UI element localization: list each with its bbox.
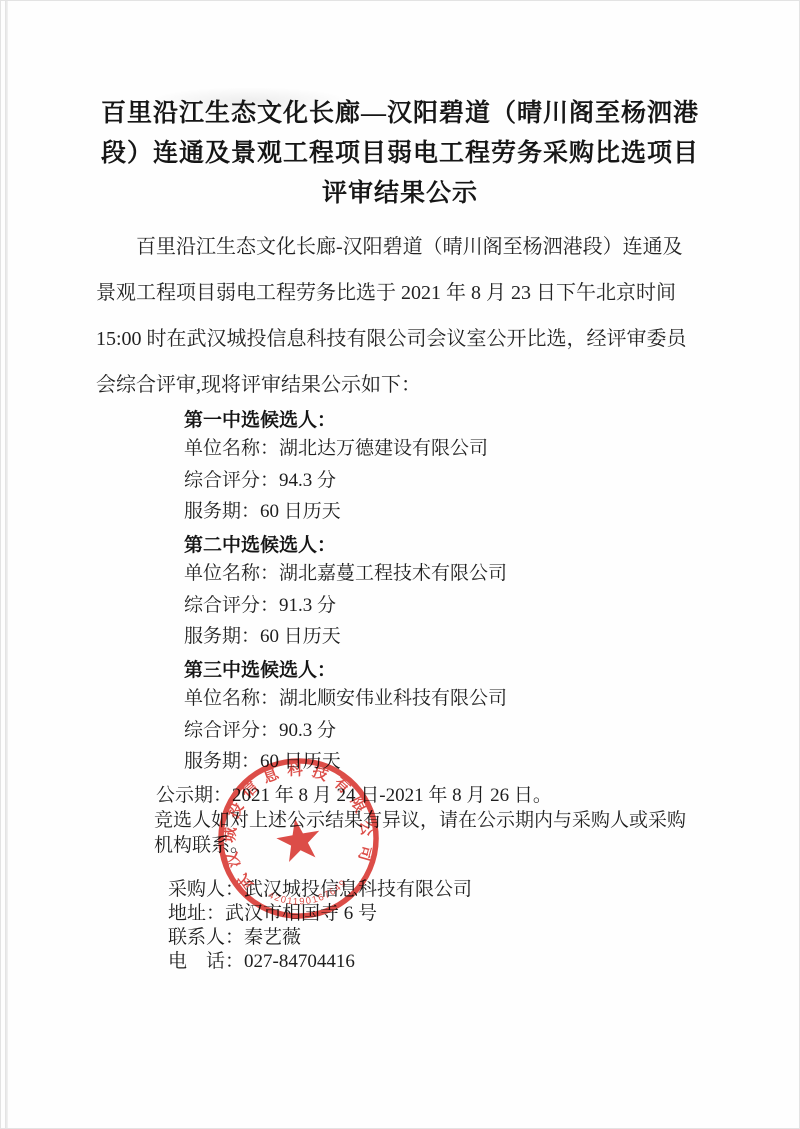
address-value: 武汉市相国寺 6 号: [225, 903, 377, 924]
objection-notice-line: 竞选人如对上述公示结果有异议，请在公示期内与采购人或采购机构联系。: [154, 808, 704, 858]
candidate-unit-row: 单位名称：湖北嘉蔓工程技术有限公司: [184, 561, 704, 587]
candidate-rank-heading: 第一中选候选人：: [184, 408, 704, 434]
service-value: 60 日历天: [260, 751, 341, 772]
publicity-period-line: 公示期：2021 年 8 月 24 日-2021 年 8 月 26 日。: [156, 783, 704, 808]
phone-number: 027-84704416: [244, 951, 355, 972]
intro-paragraph: 百里沿江生态文化长廊-汉阳碧道（晴川阁至杨泗港段）连通及 景观工程项目弱电工程劳…: [96, 224, 704, 408]
unit-label: 单位名称：: [184, 438, 279, 459]
candidate-unit-row: 单位名称：湖北达万德建设有限公司: [184, 436, 704, 462]
address-line: 地址：武汉市相国寺 6 号: [168, 902, 704, 926]
candidate-rank-heading: 第二中选候选人：: [184, 533, 704, 559]
purchaser-line: 采购人：武汉城投信息科技有限公司: [168, 878, 704, 902]
address-label: 地址：: [168, 903, 225, 924]
intro-line-4: 会综合评审,现将评审结果公示如下：: [96, 362, 704, 408]
candidate-service-row: 服务期：60 日历天: [184, 749, 704, 775]
contact-person-line: 联系人：秦艺薇: [168, 926, 704, 950]
unit-name: 湖北嘉蔓工程技术有限公司: [279, 563, 507, 584]
intro-line-3: 15:00 时在武汉城投信息科技有限公司会议室公开比选，经评审委员: [96, 316, 704, 362]
candidate-service-row: 服务期：60 日历天: [184, 499, 704, 525]
unit-label: 单位名称：: [184, 688, 279, 709]
score-label: 综合评分：: [184, 470, 279, 491]
candidate-score-row: 综合评分：91.3 分: [184, 593, 704, 619]
unit-label: 单位名称：: [184, 563, 279, 584]
candidate-service-row: 服务期：60 日历天: [184, 624, 704, 650]
score-value: 90.3 分: [279, 720, 336, 741]
candidate-section-1: 第一中选候选人： 单位名称：湖北达万德建设有限公司 综合评分：94.3 分 服务…: [184, 408, 704, 525]
candidate-rank-heading: 第三中选候选人：: [184, 658, 704, 684]
title-line-3: 评审结果公示: [96, 174, 704, 214]
phone-label: 电 话：: [168, 951, 244, 972]
title-line-1: 百里沿江生态文化长廊—汉阳碧道（晴川阁至杨泗港: [96, 94, 704, 134]
intro-line-1: 百里沿江生态文化长廊-汉阳碧道（晴川阁至杨泗港段）连通及: [96, 224, 704, 270]
service-value: 60 日历天: [260, 501, 341, 522]
candidate-score-row: 综合评分：90.3 分: [184, 718, 704, 744]
service-label: 服务期：: [184, 751, 260, 772]
unit-name: 湖北达万德建设有限公司: [279, 438, 488, 459]
title-line-2: 段）连通及景观工程项目弱电工程劳务采购比选项目: [96, 134, 704, 174]
service-label: 服务期：: [184, 626, 260, 647]
score-label: 综合评分：: [184, 720, 279, 741]
service-label: 服务期：: [184, 501, 260, 522]
candidate-list: 第一中选候选人： 单位名称：湖北达万德建设有限公司 综合评分：94.3 分 服务…: [184, 408, 704, 775]
service-value: 60 日历天: [260, 626, 341, 647]
score-value: 91.3 分: [279, 595, 336, 616]
candidate-unit-row: 单位名称：湖北顺安伟业科技有限公司: [184, 686, 704, 712]
contact-block: 采购人：武汉城投信息科技有限公司 地址：武汉市相国寺 6 号 联系人：秦艺薇 电…: [168, 878, 704, 974]
person-name: 秦艺薇: [244, 927, 301, 948]
unit-name: 湖北顺安伟业科技有限公司: [279, 688, 507, 709]
intro-line-2: 景观工程项目弱电工程劳务比选于 2021 年 8 月 23 日下午北京时间: [96, 270, 704, 316]
person-label: 联系人：: [168, 927, 244, 948]
candidate-section-2: 第二中选候选人： 单位名称：湖北嘉蔓工程技术有限公司 综合评分：91.3 分 服…: [184, 533, 704, 650]
scanned-document-page: 百里沿江生态文化长廊—汉阳碧道（晴川阁至杨泗港 段）连通及景观工程项目弱电工程劳…: [0, 0, 800, 1129]
candidate-section-3: 第三中选候选人： 单位名称：湖北顺安伟业科技有限公司 综合评分：90.3 分 服…: [184, 658, 704, 775]
phone-line: 电 话：027-84704416: [168, 950, 704, 974]
score-value: 94.3 分: [279, 470, 336, 491]
score-label: 综合评分：: [184, 595, 279, 616]
document-content: 百里沿江生态文化长廊—汉阳碧道（晴川阁至杨泗港 段）连通及景观工程项目弱电工程劳…: [96, 1, 704, 974]
publicity-label: 公示期：: [156, 785, 232, 806]
purchaser-name: 武汉城投信息科技有限公司: [244, 879, 472, 900]
publicity-dates: 2021 年 8 月 24 日-2021 年 8 月 26 日。: [232, 785, 552, 806]
candidate-score-row: 综合评分：94.3 分: [184, 468, 704, 494]
purchaser-label: 采购人：: [168, 879, 244, 900]
document-title: 百里沿江生态文化长廊—汉阳碧道（晴川阁至杨泗港 段）连通及景观工程项目弱电工程劳…: [96, 94, 704, 214]
